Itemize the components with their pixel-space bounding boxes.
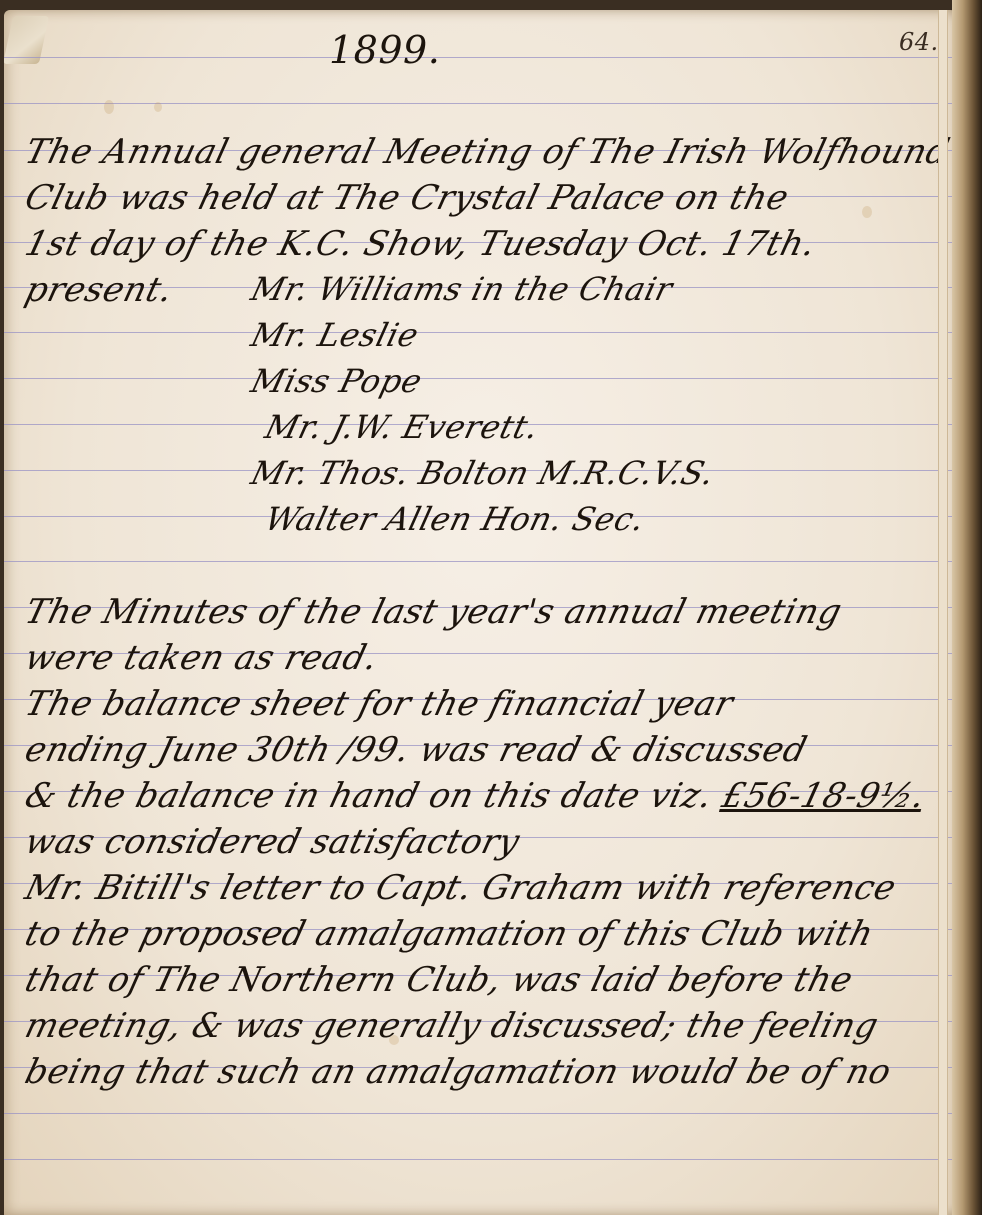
ruled-line (4, 1113, 959, 1114)
minutes-line: Mr. Bitill's letter to Capt. Graham with… (21, 868, 900, 908)
minutes-line: & the balance in hand on this date viz. … (21, 776, 929, 816)
attendee: Mr. J.W. Everett. (261, 408, 543, 446)
attendee: Mr. Leslie (247, 316, 422, 354)
minutes-line: that of The Northern Club, was laid befo… (21, 960, 857, 1000)
book-spine (952, 0, 982, 1215)
attendee-secretary: Walter Allen Hon. Sec. (261, 500, 649, 538)
paper-stain (104, 100, 114, 114)
minutes-line: meeting, & was generally discussed; the … (21, 1006, 882, 1046)
attendee: Mr. Thos. Bolton M.R.C.V.S. (247, 454, 718, 492)
minutes-text: & the balance in hand on this date viz. (21, 776, 717, 816)
ruled-line (4, 57, 959, 58)
ruled-line (4, 561, 959, 562)
ledger-book: 1899. 64. The Annual general Meeting of … (0, 0, 982, 1215)
ruled-line (4, 378, 959, 379)
minutes-line: The balance sheet for the financial year (21, 684, 737, 724)
present-label: present. (21, 270, 177, 310)
minutes-line: The Minutes of the last year's annual me… (21, 592, 846, 632)
minutes-line: to the proposed amalgamation of this Clu… (21, 914, 878, 954)
ruled-line (4, 1159, 959, 1160)
attendee: Miss Pope (247, 362, 426, 400)
minutes-line: were taken as read. (21, 638, 382, 678)
opening-line: 1st day of the K.C. Show, Tuesday Oct. 1… (21, 224, 820, 264)
paper-stain (862, 206, 872, 218)
balance-amount: £56-18-9½. (718, 776, 930, 816)
minutes-line: being that such an amalgamation would be… (21, 1052, 895, 1092)
opening-line: Club was held at The Crystal Palace on t… (21, 178, 793, 218)
minutes-line: ending June 30th /99. was read & discuss… (21, 730, 811, 770)
page-year: 1899. (329, 28, 440, 72)
ruled-line (4, 332, 959, 333)
minutes-line: was considered satisfactory (21, 822, 524, 862)
opening-line: The Annual general Meeting of The Irish … (21, 132, 954, 172)
page-edge (938, 10, 948, 1215)
page-number: 64. (899, 28, 939, 56)
paper-stain (154, 102, 162, 112)
ruled-line (4, 103, 959, 104)
attendee-chair: Mr. Williams in the Chair (247, 270, 676, 308)
minute-book-page: 1899. 64. The Annual general Meeting of … (4, 10, 964, 1215)
